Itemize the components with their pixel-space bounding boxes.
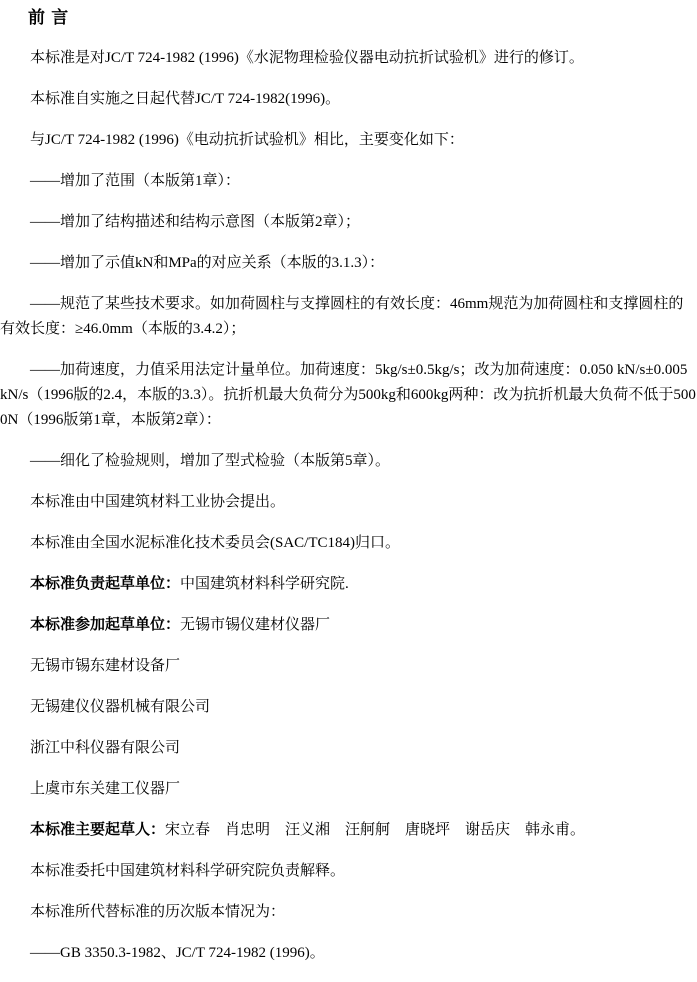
paragraph: 本标准负责起草单位：中国建筑材料科学研究院. bbox=[0, 572, 697, 597]
paragraph-text: ——加荷速度，力值采用法定计量单位。加荷速度：5kg/s±0.5kg/s；改为加… bbox=[0, 362, 696, 428]
paragraph: ——细化了检验规则，增加了型式检验（本版第5章）。 bbox=[0, 449, 697, 474]
paragraph-text: 宋立春 肖忠明 汪义湘 汪舸舸 唐晓坪 谢岳庆 韩永甫。 bbox=[165, 822, 585, 838]
paragraph-text: ——增加了范围（本版第1章）： bbox=[30, 173, 240, 189]
paragraph-text: ——规范了某些技术要求。如加荷圆柱与支撑圆柱的有效长度：46mm规范为加荷圆柱和… bbox=[0, 296, 683, 337]
paragraph-text: 上虞市东关建工仪器厂 bbox=[30, 781, 180, 797]
paragraph-text: 无锡建仪仪器机械有限公司 bbox=[30, 699, 210, 715]
paragraph: ——规范了某些技术要求。如加荷圆柱与支撑圆柱的有效长度：46mm规范为加荷圆柱和… bbox=[0, 292, 697, 342]
paragraph-text: 本标准由全国水泥标准化技术委员会(SAC/TC184)归口。 bbox=[30, 535, 400, 551]
paragraph-text: ——GB 3350.3-1982、JC/T 724-1982 (1996)。 bbox=[30, 945, 325, 961]
paragraph: ——增加了结构描述和结构示意图（本版第2章）； bbox=[0, 210, 697, 235]
paragraph: ——加荷速度，力值采用法定计量单位。加荷速度：5kg/s±0.5kg/s；改为加… bbox=[0, 358, 697, 433]
paragraph: 本标准自实施之日起代替JC/T 724-1982(1996)。 bbox=[0, 87, 697, 112]
paragraph-text: 浙江中科仪器有限公司 bbox=[30, 740, 180, 756]
paragraph-text: ——细化了检验规则，增加了型式检验（本版第5章）。 bbox=[30, 453, 390, 469]
paragraph-text: 无锡市锡仪建材仪器厂 bbox=[180, 617, 330, 633]
paragraph-text: ——增加了示值kN和MPa的对应关系（本版的3.1.3）： bbox=[30, 255, 384, 271]
foreword-heading: 前 言 bbox=[28, 6, 697, 30]
paragraph: 无锡市锡东建材设备厂 bbox=[0, 654, 697, 679]
paragraph-text: 本标准自实施之日起代替JC/T 724-1982(1996)。 bbox=[30, 91, 340, 107]
paragraph: 本标准是对JC/T 724-1982 (1996)《水泥物理检验仪器电动抗折试验… bbox=[0, 46, 697, 71]
paragraph: 本标准由全国水泥标准化技术委员会(SAC/TC184)归口。 bbox=[0, 531, 697, 556]
paragraph-text: 中国建筑材料科学研究院. bbox=[180, 576, 349, 592]
paragraph-text: 本标准是对JC/T 724-1982 (1996)《水泥物理检验仪器电动抗折试验… bbox=[30, 50, 584, 66]
paragraph-text: 无锡市锡东建材设备厂 bbox=[30, 658, 180, 674]
document-page: 前 言 本标准是对JC/T 724-1982 (1996)《水泥物理检验仪器电动… bbox=[0, 0, 697, 982]
paragraph-text: ——增加了结构描述和结构示意图（本版第2章）； bbox=[30, 214, 360, 230]
paragraph: ——增加了范围（本版第1章）： bbox=[0, 169, 697, 194]
paragraph: 本标准主要起草人：宋立春 肖忠明 汪义湘 汪舸舸 唐晓坪 谢岳庆 韩永甫。 bbox=[0, 818, 697, 843]
paragraph-text: 与JC/T 724-1982 (1996)《电动抗折试验机》相比，主要变化如下： bbox=[30, 132, 464, 148]
paragraph: 本标准由中国建筑材料工业协会提出。 bbox=[0, 490, 697, 515]
paragraph: ——增加了示值kN和MPa的对应关系（本版的3.1.3）： bbox=[0, 251, 697, 276]
paragraph-text: 本标准委托中国建筑材料科学研究院负责解释。 bbox=[30, 863, 345, 879]
paragraph-text: 本标准所代替标准的历次版本情况为： bbox=[30, 904, 285, 920]
paragraph-label: 本标准负责起草单位： bbox=[30, 576, 180, 592]
paragraph: 本标准参加起草单位：无锡市锡仪建材仪器厂 bbox=[0, 613, 697, 638]
paragraph: 与JC/T 724-1982 (1996)《电动抗折试验机》相比，主要变化如下： bbox=[0, 128, 697, 153]
paragraph: 浙江中科仪器有限公司 bbox=[0, 736, 697, 761]
paragraph: 本标准委托中国建筑材料科学研究院负责解释。 bbox=[0, 859, 697, 884]
paragraph-label: 本标准主要起草人： bbox=[30, 822, 165, 838]
paragraph: ——GB 3350.3-1982、JC/T 724-1982 (1996)。 bbox=[0, 941, 697, 966]
paragraph-label: 本标准参加起草单位： bbox=[30, 617, 180, 633]
paragraph-text: 本标准由中国建筑材料工业协会提出。 bbox=[30, 494, 285, 510]
paragraph: 上虞市东关建工仪器厂 bbox=[0, 777, 697, 802]
paragraph: 无锡建仪仪器机械有限公司 bbox=[0, 695, 697, 720]
paragraph: 本标准所代替标准的历次版本情况为： bbox=[0, 900, 697, 925]
